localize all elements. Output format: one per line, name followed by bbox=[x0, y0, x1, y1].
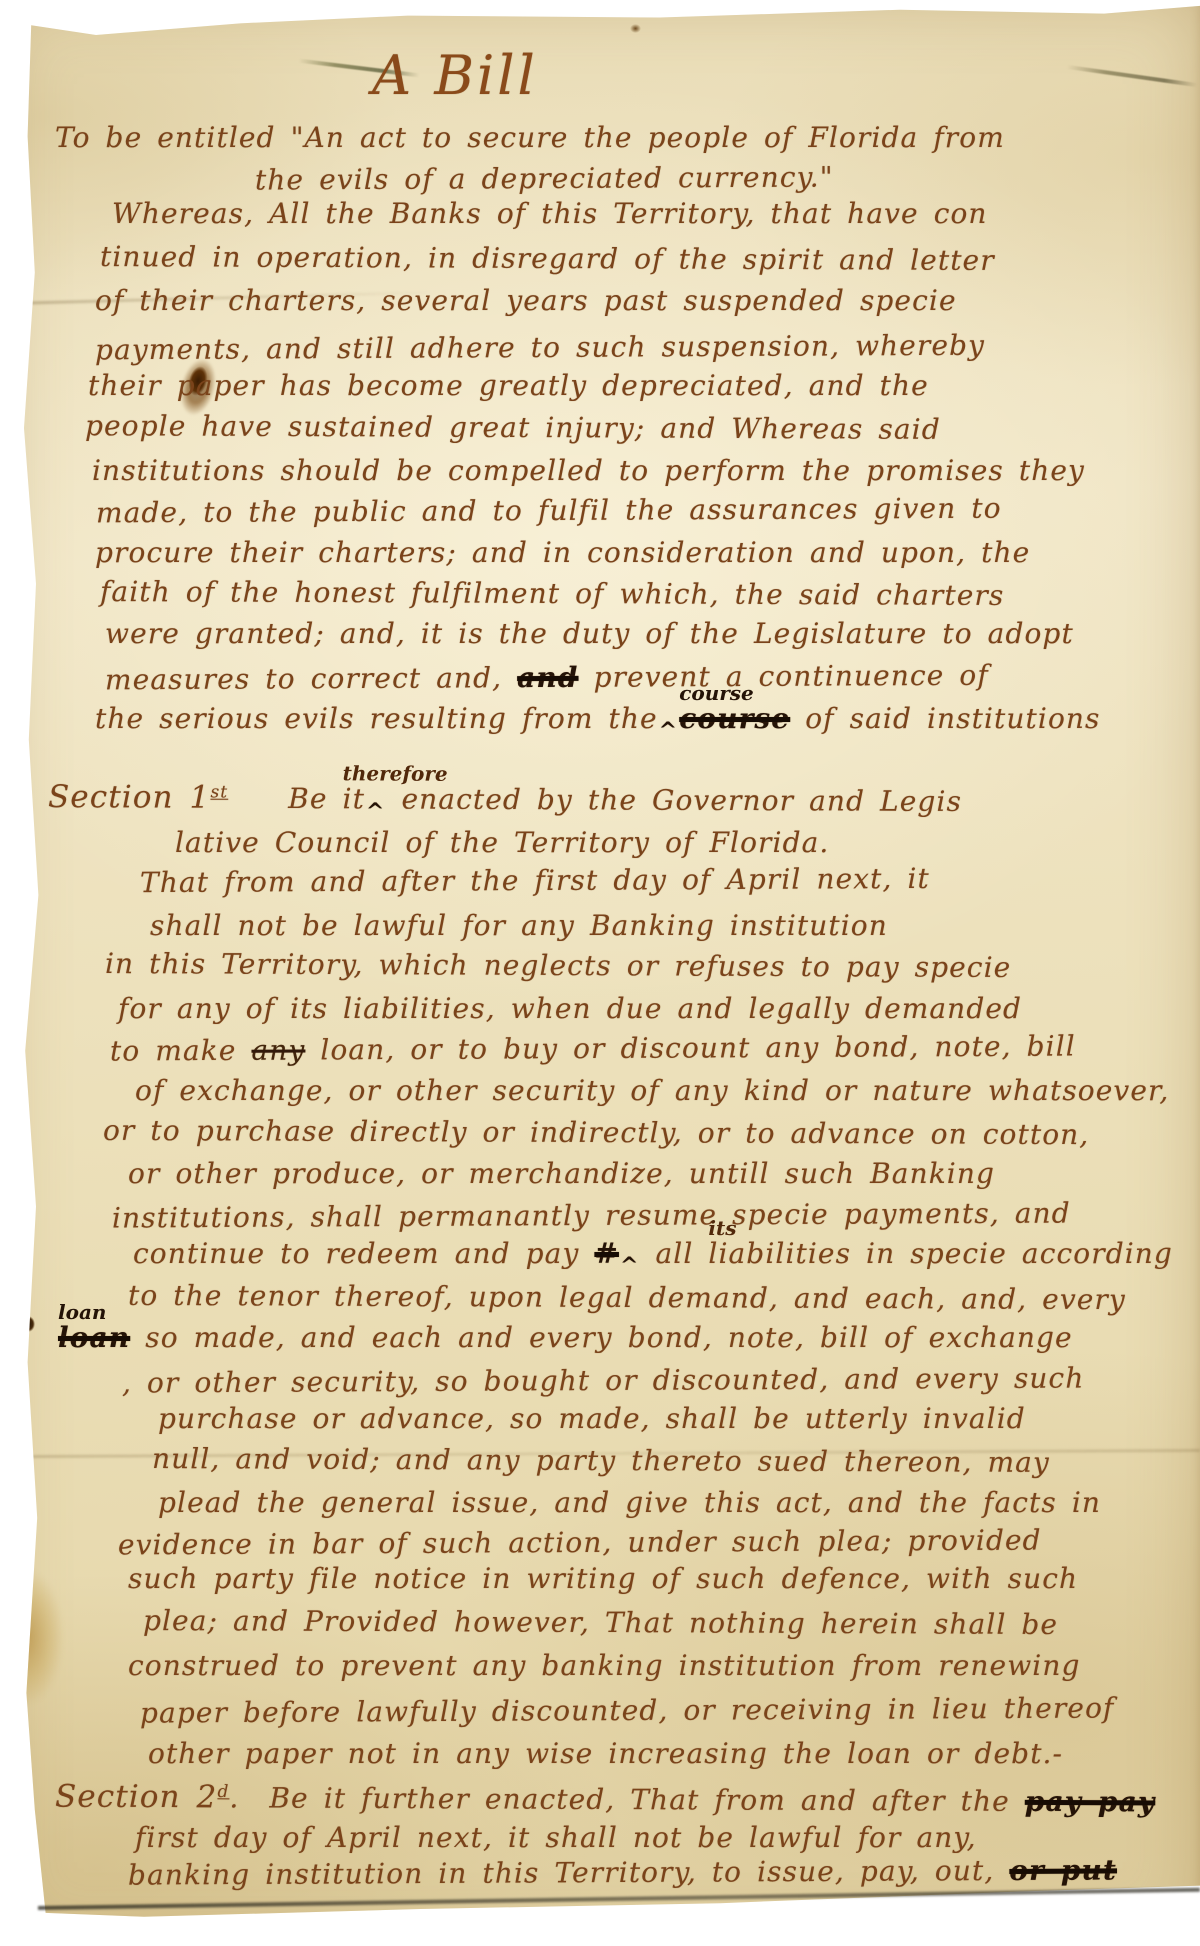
handwritten-text: lative Council of the Territory of Flori… bbox=[175, 826, 829, 859]
manuscript-line: measures to correct and, and prevent a c… bbox=[105, 659, 989, 697]
handwritten-text: paper before lawfully discounted, or rec… bbox=[140, 1691, 1115, 1729]
handwritten-text: plead the general issue, and give this a… bbox=[158, 1486, 1101, 1519]
manuscript-line: in this Territory, which neglects or ref… bbox=[105, 947, 1011, 984]
handwritten-text: to the tenor thereof, upon legal demand,… bbox=[128, 1279, 1126, 1316]
manuscript-line: of exchange, or other security of any ki… bbox=[135, 1074, 1169, 1107]
handwritten-text: prevent a continuence of bbox=[578, 659, 988, 694]
handwritten-text: such party file notice in writing of suc… bbox=[128, 1562, 1078, 1595]
handwritten-text: ^ bbox=[620, 1253, 640, 1279]
handwritten-text: the evils of a depreciated currency." bbox=[255, 160, 834, 196]
manuscript-line: evidence in bar of such action, under su… bbox=[118, 1524, 1042, 1562]
manuscript-line: Section 2d. Be it further enacted, That … bbox=[55, 1779, 1155, 1820]
handwritten-text: d bbox=[217, 1782, 229, 1802]
inserted-text: liabilities bbox=[708, 1237, 851, 1270]
document-page: A Bill To be entitled "An act to secure … bbox=[0, 0, 1200, 1946]
handwritten-text: ^ bbox=[366, 798, 386, 824]
handwritten-text: loan, or to buy or discount any bond, no… bbox=[305, 1029, 1076, 1066]
handwritten-text: their paper has become greatly depreciat… bbox=[88, 369, 929, 402]
scanned-manuscript: { "document": { "title": "A Bill", "ink_… bbox=[0, 0, 1200, 1946]
manuscript-line: lative Council of the Territory of Flori… bbox=[175, 826, 829, 859]
handwritten-text: tinued in operation, in disregard of the… bbox=[100, 240, 995, 277]
handwritten-text: to make bbox=[110, 1034, 252, 1068]
manuscript-line: made, to the public and to fulfil the as… bbox=[96, 492, 1002, 530]
manuscript-line: That from and after the first day of Apr… bbox=[140, 862, 930, 899]
struck-text: loan bbox=[58, 1321, 130, 1354]
inserted-text: it bbox=[342, 782, 365, 815]
struck-text: pay pay bbox=[1025, 1785, 1156, 1819]
manuscript-line: or other produce, or merchandize, untill… bbox=[128, 1157, 995, 1190]
handwritten-text: , or other security, so bought or discou… bbox=[122, 1361, 1085, 1399]
handwritten-text: payments, and still adhere to such suspe… bbox=[95, 329, 985, 367]
handwritten-text: faith of the honest fulfilment of which,… bbox=[100, 575, 1005, 612]
ink-fleck-icon bbox=[630, 24, 641, 33]
handwritten-text: of their charters, several years past su… bbox=[95, 284, 957, 317]
handwritten-text: Be bbox=[228, 782, 343, 815]
handwritten-text: That from and after the first day of Apr… bbox=[140, 862, 930, 899]
handwritten-text: of said institutions bbox=[790, 702, 1100, 735]
handwritten-text: all bbox=[641, 1237, 709, 1270]
handwritten-text: st bbox=[210, 782, 228, 802]
handwritten-text: shall not be lawful for any Banking inst… bbox=[150, 909, 888, 942]
handwritten-text: the serious evils resulting from the bbox=[95, 702, 658, 735]
handwritten-text: made, to the public and to fulfil the as… bbox=[96, 492, 1002, 530]
handwritten-text: in this Territory, which neglects or ref… bbox=[105, 947, 1011, 984]
handwritten-text: To be entitled "An act to secure the peo… bbox=[55, 121, 1005, 154]
manuscript-line: plead the general issue, and give this a… bbox=[158, 1486, 1101, 1519]
manuscript-line: , or other security, so bought or discou… bbox=[122, 1361, 1085, 1399]
struck-text: any bbox=[251, 1034, 305, 1067]
handwritten-text: Section 1 bbox=[48, 779, 211, 816]
manuscript-line: continue to redeem and pay #^ all liabil… bbox=[133, 1237, 1173, 1270]
manuscript-line: their paper has become greatly depreciat… bbox=[88, 369, 929, 402]
manuscript-line: banking institution in this Territory, t… bbox=[128, 1853, 1117, 1891]
manuscript-line: To be entitled "An act to secure the peo… bbox=[55, 121, 1005, 154]
manuscript-line: plea; and Provided however, That nothing… bbox=[143, 1604, 1058, 1641]
handwritten-text: measures to correct and, bbox=[105, 661, 517, 696]
tape-mark-icon bbox=[1066, 65, 1197, 87]
manuscript-line: payments, and still adhere to such suspe… bbox=[95, 329, 985, 367]
ink-spot-icon bbox=[22, 1316, 35, 1332]
manuscript-line: procure their charters; and in considera… bbox=[95, 536, 1030, 569]
handwritten-text: institutions, shall permanantly resume s… bbox=[112, 1196, 1071, 1234]
manuscript-line: loan so made, and each and every bond, n… bbox=[58, 1321, 1073, 1354]
manuscript-line: construed to prevent any banking institu… bbox=[128, 1649, 1081, 1682]
handwritten-text: other paper not in any wise increasing t… bbox=[148, 1737, 1063, 1770]
handwritten-text: purchase or advance, so made, shall be u… bbox=[158, 1402, 1026, 1435]
manuscript-line: were granted; and, it is the duty of the… bbox=[105, 617, 1074, 650]
struck-text: or put bbox=[1009, 1853, 1117, 1887]
manuscript-line: tinued in operation, in disregard of the… bbox=[100, 240, 995, 277]
handwritten-text: Section 2 bbox=[55, 1779, 218, 1816]
handwritten-text: construed to prevent any banking institu… bbox=[128, 1649, 1081, 1682]
struck-text: and bbox=[517, 661, 579, 694]
handwritten-text: continue to redeem and pay bbox=[133, 1237, 594, 1270]
manuscript-line: for any of its liabilities, when due and… bbox=[118, 992, 1022, 1025]
handwritten-text: evidence in bar of such action, under su… bbox=[118, 1524, 1042, 1562]
manuscript-line: Section 1st Be it^ enacted by the Govern… bbox=[48, 779, 962, 819]
manuscript-line: paper before lawfully discounted, or rec… bbox=[140, 1691, 1115, 1729]
handwritten-text: ^ bbox=[659, 718, 679, 744]
struck-text: # bbox=[594, 1237, 619, 1270]
handwritten-text: first day of April next, it shall not be… bbox=[135, 1821, 977, 1854]
manuscript-line: the evils of a depreciated currency." bbox=[255, 160, 834, 196]
manuscript-line: first day of April next, it shall not be… bbox=[135, 1821, 977, 1854]
handwritten-text: institutions should be compelled to perf… bbox=[92, 454, 1085, 487]
manuscript-line: other paper not in any wise increasing t… bbox=[148, 1737, 1063, 1770]
handwritten-text: plea; and Provided however, That nothing… bbox=[143, 1604, 1058, 1641]
handwritten-text: or to purchase directly or indirectly, o… bbox=[103, 1114, 1089, 1151]
handwritten-text: of exchange, or other security of any ki… bbox=[135, 1074, 1169, 1107]
manuscript-line: faith of the honest fulfilment of which,… bbox=[100, 575, 1005, 612]
manuscript-line: of their charters, several years past su… bbox=[95, 284, 957, 317]
handwritten-text: in specie according bbox=[851, 1237, 1173, 1270]
age-stain-icon bbox=[0, 1568, 64, 1706]
handwritten-text: banking institution in this Territory, t… bbox=[128, 1854, 1010, 1892]
handwritten-text: Whereas, All the Banks of this Territory… bbox=[112, 197, 988, 230]
handwritten-text: procure their charters; and in considera… bbox=[95, 536, 1030, 569]
manuscript-line: the serious evils resulting from the^cou… bbox=[95, 702, 1101, 735]
handwritten-text: null, and void; and any party thereto su… bbox=[152, 1442, 1050, 1479]
manuscript-line: to the tenor thereof, upon legal demand,… bbox=[128, 1279, 1126, 1316]
manuscript-line: null, and void; and any party thereto su… bbox=[152, 1442, 1050, 1479]
handwritten-text: enacted by the Governor and Legis bbox=[386, 782, 962, 818]
manuscript-line: such party file notice in writing of suc… bbox=[128, 1562, 1078, 1595]
manuscript-line: shall not be lawful for any Banking inst… bbox=[150, 909, 888, 942]
handwritten-text: . Be it further enacted, That from and a… bbox=[229, 1781, 1025, 1817]
handwritten-text: or other produce, or merchandize, untill… bbox=[128, 1157, 995, 1190]
manuscript-line: purchase or advance, so made, shall be u… bbox=[158, 1402, 1026, 1435]
manuscript-line: Whereas, All the Banks of this Territory… bbox=[112, 197, 988, 230]
handwritten-text: so made, and each and every bond, note, … bbox=[130, 1321, 1072, 1354]
manuscript-line: or to purchase directly or indirectly, o… bbox=[103, 1114, 1089, 1151]
document-title: A Bill bbox=[0, 44, 910, 107]
struck-text: course bbox=[679, 702, 790, 735]
handwritten-text: were granted; and, it is the duty of the… bbox=[105, 617, 1074, 650]
manuscript-line: to make any loan, or to buy or discount … bbox=[110, 1029, 1076, 1067]
handwritten-text: people have sustained great injury; and … bbox=[85, 409, 941, 446]
manuscript-line: institutions should be compelled to perf… bbox=[92, 454, 1085, 487]
manuscript-line: institutions, shall permanantly resume s… bbox=[112, 1196, 1071, 1234]
handwritten-text: for any of its liabilities, when due and… bbox=[118, 992, 1022, 1025]
manuscript-line: people have sustained great injury; and … bbox=[85, 409, 941, 446]
